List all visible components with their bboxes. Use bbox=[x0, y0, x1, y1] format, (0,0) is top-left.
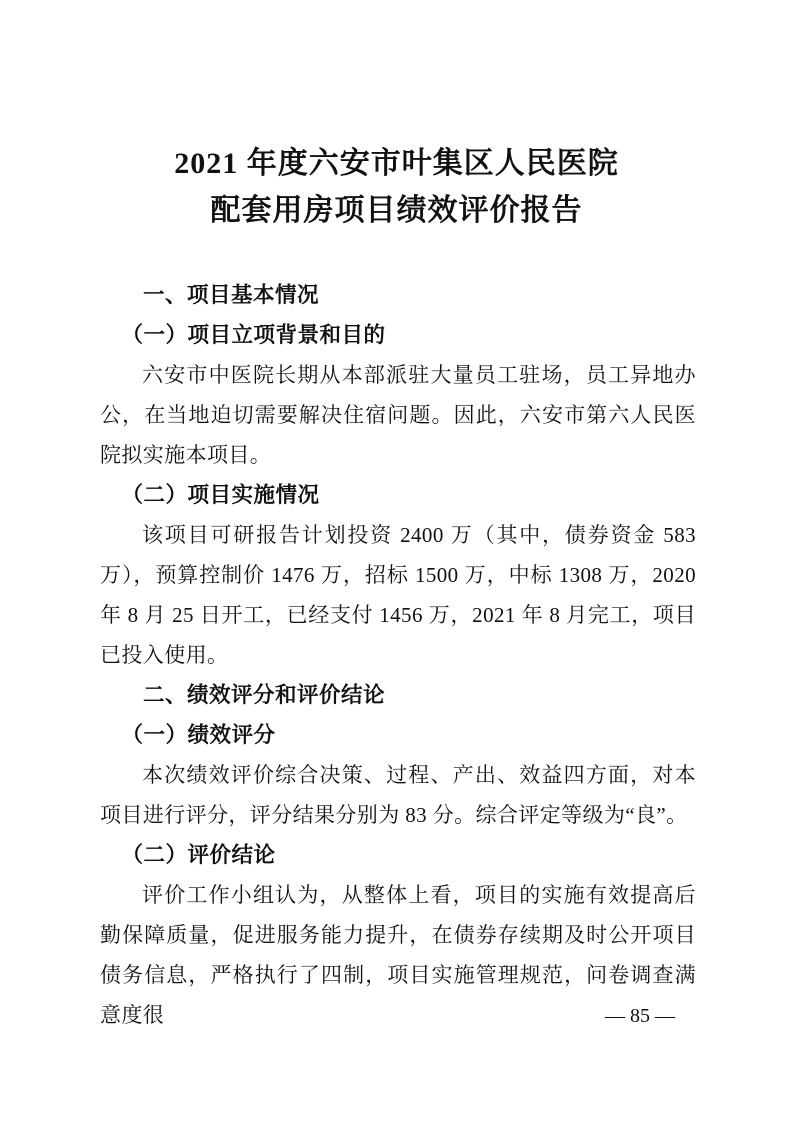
section-heading-1: 一、项目基本情况 bbox=[100, 275, 696, 315]
title-line-2: 配套用房项目绩效评价报告 bbox=[0, 187, 793, 234]
subsection-heading-1-2: （二）项目实施情况 bbox=[100, 475, 696, 515]
section-heading-2: 二、绩效评分和评价结论 bbox=[100, 675, 696, 715]
subsection-heading-2-1: （一）绩效评分 bbox=[100, 715, 696, 755]
document-page: 2021 年度六安市叶集区人民医院 配套用房项目绩效评价报告 一、项目基本情况 … bbox=[0, 0, 793, 1122]
document-body: 一、项目基本情况 （一）项目立项背景和目的 六安市中医院长期从本部派驻大量员工驻… bbox=[100, 275, 696, 1035]
title-line-1: 2021 年度六安市叶集区人民医院 bbox=[0, 140, 793, 187]
document-title: 2021 年度六安市叶集区人民医院 配套用房项目绩效评价报告 bbox=[0, 0, 793, 234]
subsection-heading-1-1: （一）项目立项背景和目的 bbox=[100, 315, 696, 355]
paragraph-score: 本次绩效评价综合决策、过程、产出、效益四方面，对本项目进行评分，评分结果分别为 … bbox=[100, 755, 696, 835]
subsection-heading-2-2: （二）评价结论 bbox=[100, 835, 696, 875]
paragraph-implementation: 该项目可研报告计划投资 2400 万（其中，债券资金 583 万），预算控制价 … bbox=[100, 515, 696, 675]
page-number: — 85 — bbox=[605, 1002, 675, 1030]
paragraph-background: 六安市中医院长期从本部派驻大量员工驻场，员工异地办公，在当地迫切需要解决住宿问题… bbox=[100, 355, 696, 475]
